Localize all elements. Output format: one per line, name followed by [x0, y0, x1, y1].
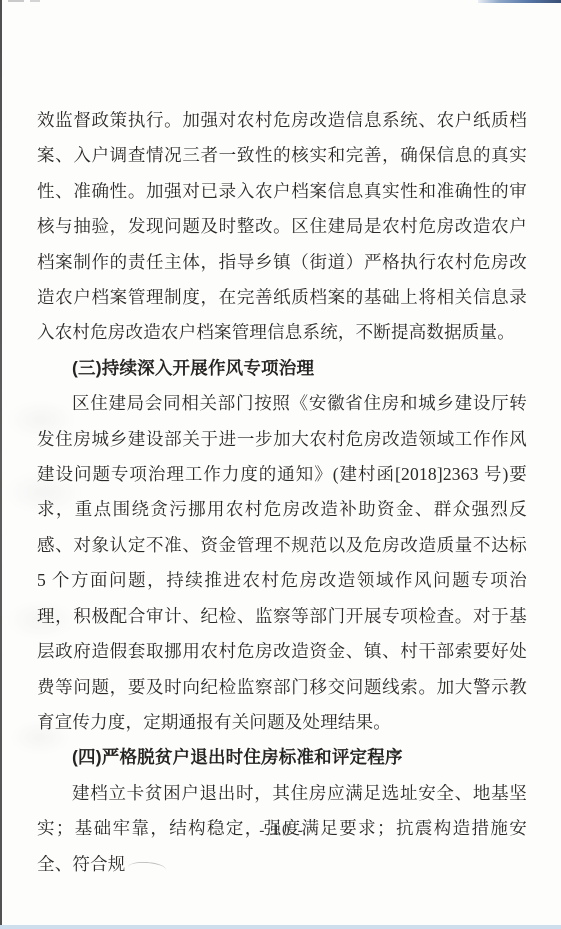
document-body: 效监督政策执行。加强对农村危房改造信息系统、农户纸质档案、入户调查情况三者一致性…: [37, 103, 527, 882]
section-heading-3: (三)持续深入开展作风专项治理: [37, 351, 527, 386]
section-heading-4: (四)严格脱贫户退出时住房标准和评定程序: [37, 740, 527, 775]
scan-top-right-edge-artifact: [478, 0, 561, 3]
scan-left-edge-artifact: [0, 0, 2, 929]
scan-mark-top-left: [8, 0, 24, 2]
page-number: - 10 -: [37, 822, 527, 840]
scan-bottom-edge-artifact: [0, 925, 561, 929]
paragraph-continuation: 效监督政策执行。加强对农村危房改造信息系统、农户纸质档案、入户调查情况三者一致性…: [37, 103, 527, 351]
scan-mark-top-left: [30, 0, 40, 2]
scanned-document-page: 效监督政策执行。加强对农村危房改造信息系统、农户纸质档案、入户调查情况三者一致性…: [0, 0, 561, 929]
paragraph-section-3: 区住建局会同相关部门按照《安徽省住房和城乡建设厅转发住房城乡建设部关于进一步加大…: [37, 386, 527, 740]
